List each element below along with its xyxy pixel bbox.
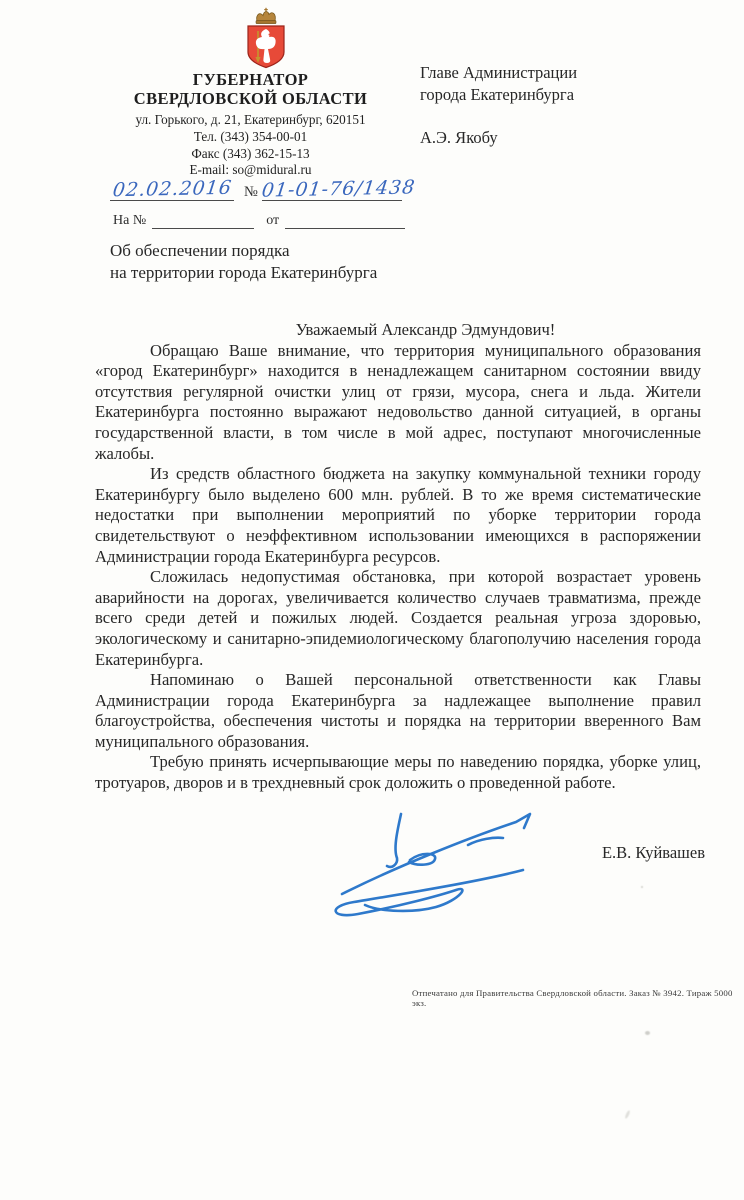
signer-name: Е.В. Куйвашев xyxy=(555,843,705,863)
salutation: Уважаемый Александр Эдмундович! xyxy=(95,320,701,341)
recipient-block: Главе Администрации города Екатеринбурга… xyxy=(420,62,577,149)
signature-scribble-icon xyxy=(318,800,548,935)
subject: Об обеспечении порядка на территории гор… xyxy=(110,240,377,283)
subject-line1: Об обеспечении порядка xyxy=(110,240,377,262)
reply-reference-line: На №от xyxy=(113,211,405,229)
scanned-letter-page: ГУБЕРНАТОР СВЕРДЛОВСКОЙ ОБЛАСТИ ул. Горь… xyxy=(0,0,744,1200)
reply-ot-label: от xyxy=(254,213,285,228)
reply-number-blank xyxy=(152,211,254,229)
recipient-name: А.Э. Якобу xyxy=(420,127,577,149)
recipient-line1: Главе Администрации xyxy=(420,62,577,84)
coat-of-arms-icon xyxy=(244,6,288,70)
scan-speck xyxy=(641,886,643,888)
doc-number-field: 01-01-76/1438 xyxy=(262,178,402,201)
date-field: 02.02.2016 xyxy=(110,178,234,201)
org-name-line1: ГУБЕРНАТОР xyxy=(108,70,393,89)
subject-line2: на территории города Екатеринбурга xyxy=(110,262,377,284)
body-paragraph: Из средств областного бюджета на закупку… xyxy=(95,464,701,567)
org-name: ГУБЕРНАТОР СВЕРДЛОВСКОЙ ОБЛАСТИ xyxy=(108,70,393,108)
body-paragraph: Напоминаю о Вашей персональной ответстве… xyxy=(95,670,701,752)
print-note: Отпечатано для Правительства Свердловско… xyxy=(412,988,744,1008)
recipient-line2: города Екатеринбурга xyxy=(420,84,577,106)
org-fax: Факс (343) 362-15-13 xyxy=(108,146,393,163)
body-paragraph: Требую принять исчерпывающие меры по нав… xyxy=(95,752,701,793)
org-name-line2: СВЕРДЛОВСКОЙ ОБЛАСТИ xyxy=(108,89,393,108)
org-address: ул. Горького, д. 21, Екатеринбург, 62015… xyxy=(108,112,393,129)
org-email: E-mail: so@midural.ru xyxy=(108,162,393,179)
reply-na-label: На № xyxy=(113,213,152,228)
scan-speck xyxy=(645,1031,650,1035)
handwritten-doc-number: 01-01-76/1438 xyxy=(260,176,416,201)
scan-speck xyxy=(624,1110,631,1119)
body-paragraph: Обращаю Ваше внимание, что территория му… xyxy=(95,341,701,465)
reply-date-blank xyxy=(285,211,405,229)
org-phone: Тел. (343) 354-00-01 xyxy=(108,129,393,146)
doc-reference-line: 02.02.2016№01-01-76/1438 xyxy=(110,178,402,201)
letter-body: Уважаемый Александр Эдмундович! Обращаю … xyxy=(95,320,701,794)
handwritten-date: 02.02.2016 xyxy=(111,177,233,201)
body-paragraph: Сложилась недопустимая обстановка, при к… xyxy=(95,567,701,670)
number-sign-label: № xyxy=(234,184,262,200)
org-contact-block: ул. Горького, д. 21, Екатеринбург, 62015… xyxy=(108,112,393,179)
